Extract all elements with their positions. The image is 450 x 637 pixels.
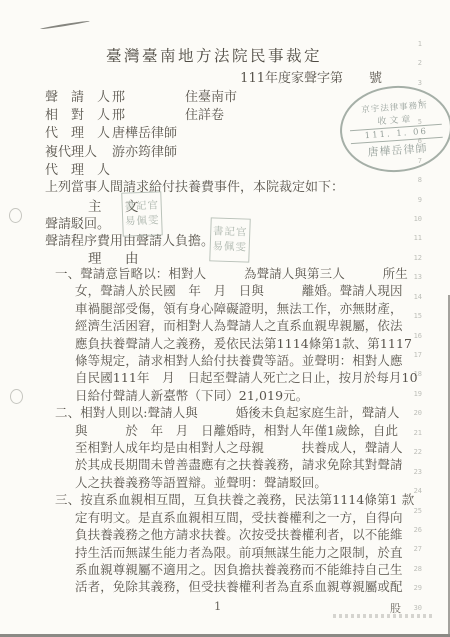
party-role: 相 對 人 xyxy=(45,107,112,125)
body-line: 人之扶養義務等語置辯。並聲明：聲請駁回。 xyxy=(45,474,410,491)
party-row-applicant: 聲 請 人 邢 住臺南市 xyxy=(45,89,402,107)
clerk-seal: 書記官 易佩雯 xyxy=(209,217,251,262)
reasons-heading: 理 由 xyxy=(88,247,144,267)
case-intro-line: 上列當事人間請求給付扶養費事件，本院裁定如下： xyxy=(45,176,344,195)
body-line: 女，聲請人於民國 年 月 日與 離婚。聲請人現因 xyxy=(45,282,410,299)
punch-hole-mark xyxy=(10,389,23,404)
body-line: 三、按直系血親相互間，互負扶養之義務，民法第1114條第1 款 xyxy=(45,491,410,508)
margin-line-number: 11 xyxy=(414,234,422,242)
body-line: 至相對人成年均是由相對人之母親 扶養成人，聲請人 xyxy=(45,439,410,456)
clerk-seal-title: 書記官 xyxy=(213,225,248,241)
margin-line-number: 29 xyxy=(414,584,422,592)
body-line: 於其成長期間未曾善盡應有之扶養義務，請求免除其對聲請 xyxy=(45,456,410,473)
body-line: 持生活而無謀生能力者為限。前項無謀生能力之限制，於直 xyxy=(45,544,410,561)
margin-line-number: 9 xyxy=(418,196,422,204)
party-name: 邢 xyxy=(112,89,185,107)
scanned-court-ruling-page: 1234567891011121314151617181920212223242… xyxy=(0,0,450,637)
stamp-receipt-label: 收文章 xyxy=(377,111,414,126)
margin-line-number: 23 xyxy=(414,468,422,476)
party-name: 邢 xyxy=(112,107,185,125)
body-line: 定有明文。是直系血親相互間，受扶養權利之一方，自得向 xyxy=(45,509,410,526)
page-number: 1 xyxy=(214,599,221,613)
margin-line-number: 13 xyxy=(414,273,422,281)
punch-hole-mark xyxy=(9,208,22,223)
party-role: 聲 請 人 xyxy=(45,89,112,107)
body-line: 條等規定，請求相對人給付扶養費等語。並聲明：相對人應 xyxy=(45,352,410,369)
case-number: 111年度家聲字第 號 xyxy=(45,67,382,86)
margin-line-number: 21 xyxy=(414,429,422,437)
body-line: 系血親尊親屬不適用之。因負擔扶養義務而不能維持自己生 xyxy=(45,561,410,578)
margin-line-number: 24 xyxy=(414,487,422,495)
margin-line-number: 28 xyxy=(414,565,422,573)
margin-line-number: 10 xyxy=(414,215,422,223)
margin-line-number: 19 xyxy=(414,390,422,398)
pen-scratch-mark xyxy=(40,20,90,30)
margin-line-number: 26 xyxy=(414,526,422,534)
reasons-body: 一、聲請意旨略以：相對人 為聲請人與第三人 所生 女，聲請人於民國 年 月 日與… xyxy=(45,265,410,596)
body-line: 一、聲請意旨略以：相對人 為聲請人與第三人 所生 xyxy=(45,265,410,282)
body-line: 車禍腿部受傷，領有身心障礙證明，無法工作，亦無財產， xyxy=(45,300,410,317)
body-line: 與 於 年 月 日離婚時，相對人年僅1歲餘，自此 xyxy=(45,422,410,439)
clerk-seal-name: 易佩雯 xyxy=(125,213,160,229)
margin-line-number: 17 xyxy=(414,351,422,359)
faint-footer-mark xyxy=(333,614,433,618)
margin-line-number: 2 xyxy=(418,59,422,67)
body-line: 應負扶養聲請人之義務，爰依民法第1114條第1款、第1117 xyxy=(45,335,410,352)
body-line: 二、相對人則以:聲請人與 婚後未負起家庭生計，聲請人 xyxy=(45,404,410,421)
margin-line-number: 3 xyxy=(418,79,422,87)
body-line: 活者，免除其義務，但受扶養權利者為直系血親尊親屬或配 xyxy=(45,578,410,595)
body-line: 經濟生活困窘，而相對人為聲請人之直系血親卑親屬，依法 xyxy=(45,317,410,334)
margin-line-number: 22 xyxy=(414,448,422,456)
margin-line-number: 30 xyxy=(414,604,422,612)
margin-line-number: 25 xyxy=(414,507,422,515)
court-title: 臺灣臺南地方法院民事裁定 xyxy=(106,44,322,66)
body-line: 負扶養義務之他方請求扶養。次按受扶養權利者，以不能維 xyxy=(45,526,410,543)
margin-line-number: 15 xyxy=(414,312,422,320)
margin-line-number: 12 xyxy=(414,254,422,262)
party-role: 複代理人 xyxy=(45,144,112,162)
clerk-seal-name: 易佩雯 xyxy=(212,239,247,255)
party-name: 唐樺岳律師 xyxy=(112,125,185,143)
stamp-lawyer-name: 唐樺岳律師 xyxy=(367,139,428,159)
clerk-seal-title: 書記官 xyxy=(124,199,159,215)
margin-line-number: 1 xyxy=(418,40,422,48)
party-name: 游亦筠律師 xyxy=(112,144,185,162)
margin-line-number: 16 xyxy=(414,332,422,340)
margin-line-number: 27 xyxy=(414,545,422,553)
margin-line-number: 8 xyxy=(418,176,422,184)
margin-line-number: 14 xyxy=(414,293,422,301)
margin-line-number: 20 xyxy=(414,409,422,417)
clerk-seal: 書記官 易佩雯 xyxy=(121,191,163,236)
party-role: 代 理 人 xyxy=(45,125,112,143)
body-line: 自民國111年 月 日起至聲請人死亡之日止，按月於每月10 xyxy=(45,369,410,386)
body-line: 日給付聲請人新臺幣（下同）21,019元。 xyxy=(45,387,410,404)
